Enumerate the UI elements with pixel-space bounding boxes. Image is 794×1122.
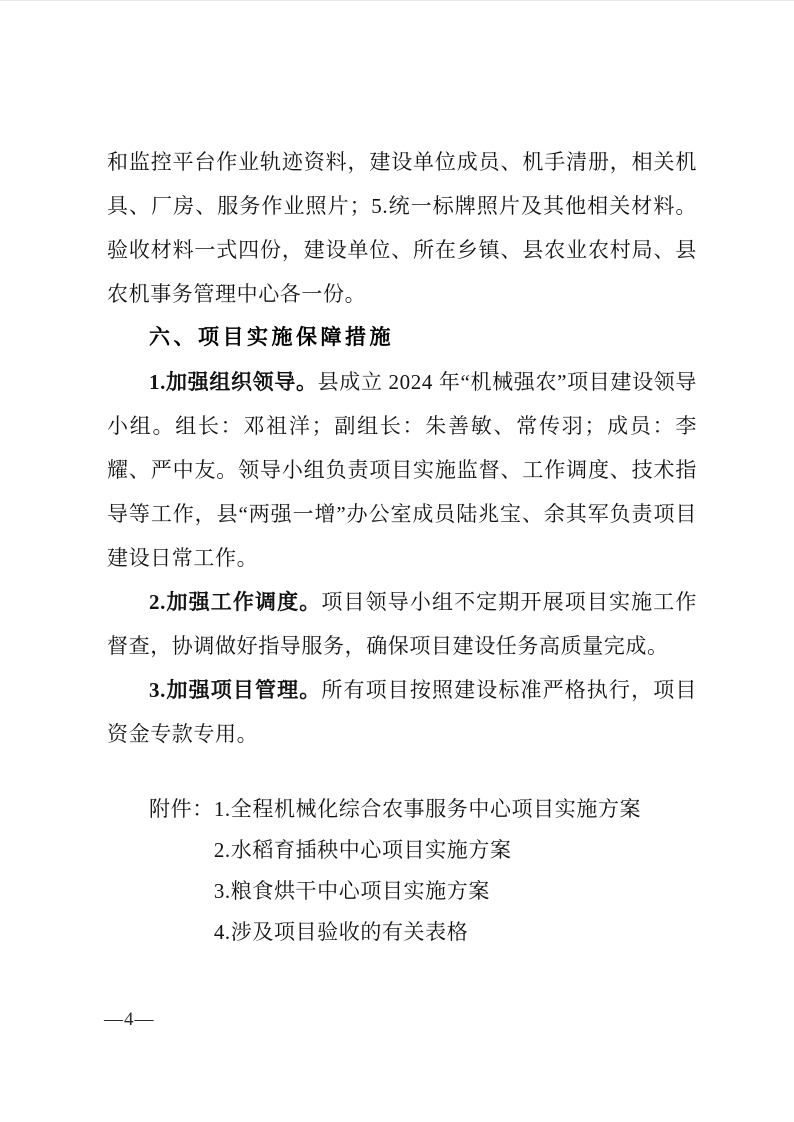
- document-page: 和监控平台作业轨迹资料，建设单位成员、机手清册，相关机具、厂房、服务作业照片；5…: [0, 0, 794, 1122]
- attachments-block: 附件： 1.全程机械化综合农事服务中心项目实施方案 2.水稻育插秧中心项目实施方…: [149, 789, 697, 953]
- attachment-item-4: 4.涉及项目验收的有关表格: [214, 912, 697, 953]
- paragraph-1-lead: 1.加强组织领导。: [149, 370, 318, 394]
- attachment-item-2: 2.水稻育插秧中心项目实施方案: [214, 830, 697, 871]
- paragraph-item-1: 1.加强组织领导。县成立 2024 年“机械强农”项目建设领导小组。组长：邓祖洋…: [107, 360, 697, 580]
- paragraph-3-lead: 3.加强项目管理。: [149, 678, 321, 702]
- attachment-item-3: 3.粮食烘干中心项目实施方案: [214, 871, 697, 912]
- attachments-list: 1.全程机械化综合农事服务中心项目实施方案 2.水稻育插秧中心项目实施方案 3.…: [214, 789, 697, 953]
- document-body: 和监控平台作业轨迹资料，建设单位成员、机手清册，相关机具、厂房、服务作业照片；5…: [107, 140, 697, 953]
- paragraph-2-lead: 2.加强工作调度。: [149, 590, 321, 614]
- page-number: —4—: [104, 1007, 155, 1033]
- attachment-item-1: 1.全程机械化综合农事服务中心项目实施方案: [214, 789, 697, 830]
- paragraph-item-3: 3.加强项目管理。所有项目按照建设标准严格执行，项目资金专款专用。: [107, 668, 697, 756]
- paragraph-1-text: 县成立 2024 年“机械强农”项目建设领导小组。组长：邓祖洋；副组长：朱善敏、…: [107, 370, 697, 570]
- paragraph-item-2: 2.加强工作调度。项目领导小组不定期开展项目实施工作督查，协调做好指导服务，确保…: [107, 580, 697, 668]
- attachments-label: 附件：: [149, 789, 214, 953]
- section-heading: 六、项目实施保障措施: [107, 316, 697, 360]
- paragraph-continued: 和监控平台作业轨迹资料，建设单位成员、机手清册，相关机具、厂房、服务作业照片；5…: [107, 140, 697, 316]
